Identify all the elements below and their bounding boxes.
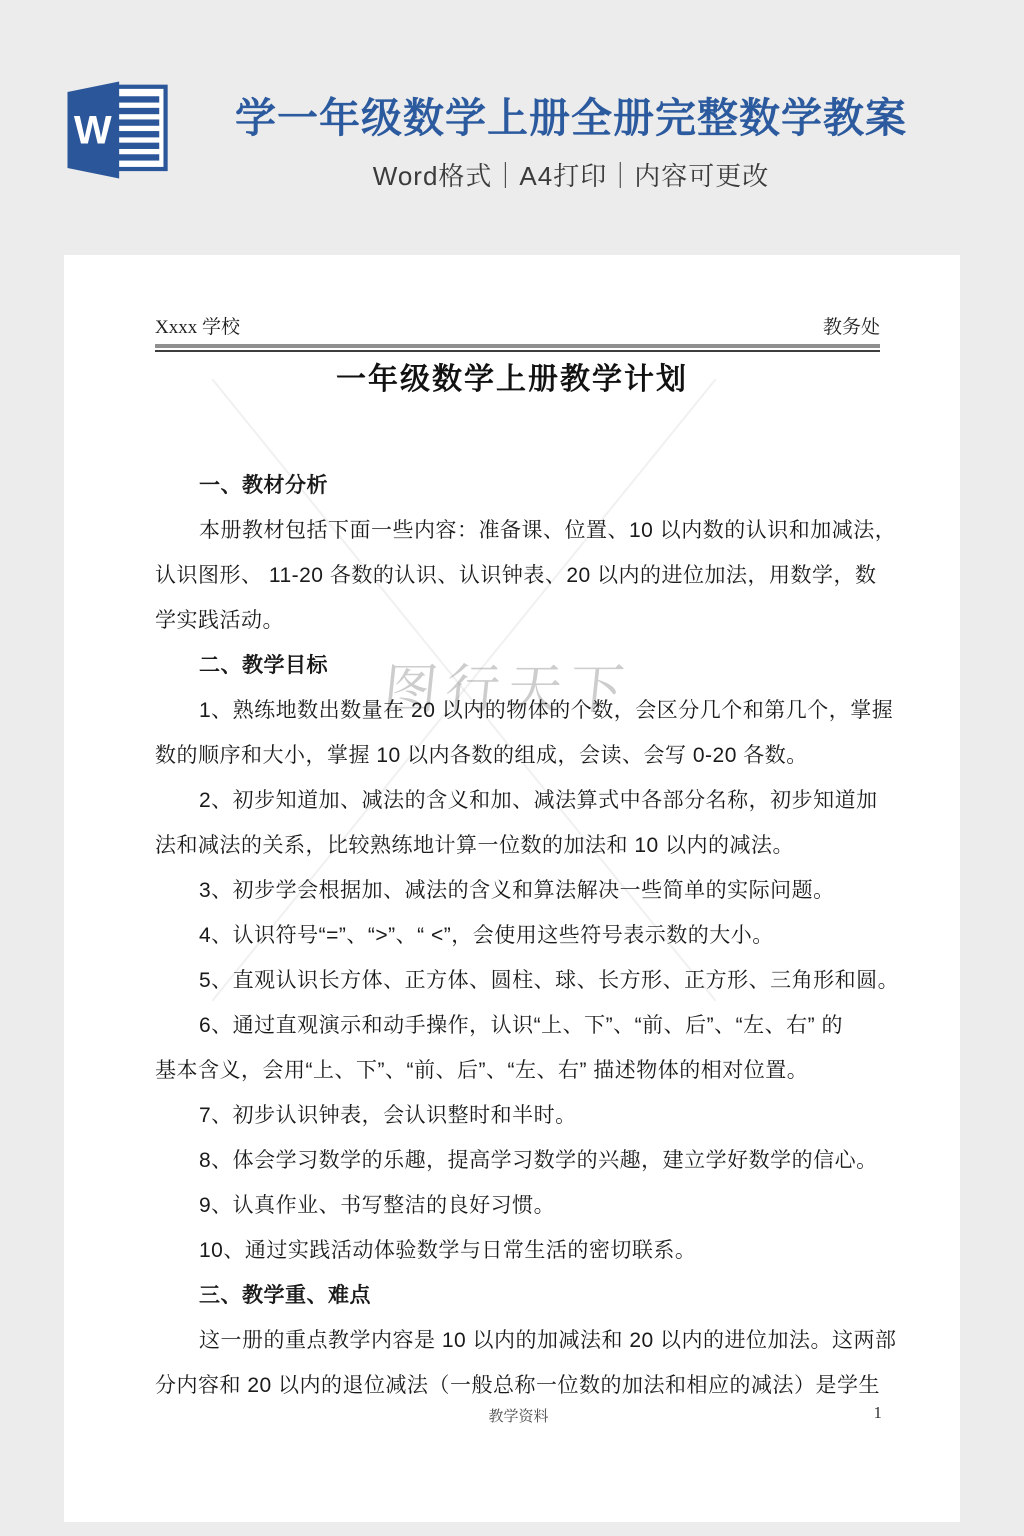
- header-school-label: Xxxx 学校: [155, 312, 240, 339]
- paragraph: 3、初步学会根据加、减法的含义和算法解决一些简单的实际问题。: [155, 868, 882, 913]
- text-line: 基本含义，会用“上、下”、“前、后”、“左、右” 描述物体的相对位置。: [155, 1048, 882, 1093]
- header-office-label: 教务处: [823, 312, 880, 339]
- paragraph: 这一册的重点教学内容是 10 以内的加减法和 20 以内的进位加法。这两部分内容…: [155, 1318, 882, 1408]
- footer-label: 教学资料: [155, 1405, 882, 1426]
- banner-subtitle: Word格式｜A4打印｜内容可更改: [174, 156, 968, 193]
- text-line: 本册教材包括下面一些内容：准备课、位置、10 以内数的认识和加减法，: [155, 508, 882, 553]
- document-page: 图行天下 Xxxx 学校 教务处 一年级数学上册教学计划 一、教材分析本册教材包…: [64, 255, 960, 1522]
- paragraph: 4、认识符号“=”、“>”、“ <”，会使用这些符号表示数的大小。: [155, 913, 882, 958]
- text-line: 一、教材分析: [155, 463, 882, 508]
- text-line: 7、初步认识钟表，会认识整时和半时。: [155, 1093, 882, 1138]
- text-line: 法和减法的关系，比较熟练地计算一位数的加法和 10 以内的减法。: [155, 823, 882, 868]
- text-line: 9、认真作业、书写整洁的良好习惯。: [155, 1183, 882, 1228]
- screenshot-root: W 学一年级数学上册全册完整数学教案 Word格式｜A4打印｜内容可更改 图行天…: [0, 0, 1024, 1536]
- page-number: 1: [874, 1403, 883, 1423]
- text-line: 3、初步学会根据加、减法的含义和算法解决一些简单的实际问题。: [155, 868, 882, 913]
- paragraph: 1、熟练地数出数量在 20 以内的物体的个数，会区分几个和第几个，掌握数的顺序和…: [155, 688, 882, 778]
- paragraph: 6、通过直观演示和动手操作，认识“上、下”、“前、后”、“左、右” 的基本含义，…: [155, 1003, 882, 1093]
- text-line: 8、体会学习数学的乐趣，提高学习数学的兴趣，建立学好数学的信心。: [155, 1138, 882, 1183]
- header-rule: [155, 344, 880, 352]
- text-line: 6、通过直观演示和动手操作，认识“上、下”、“前、后”、“左、右” 的: [155, 1003, 882, 1048]
- section-heading: 三、教学重、难点: [155, 1273, 882, 1318]
- paragraph: 10、通过实践活动体验数学与日常生活的密切联系。: [155, 1228, 882, 1273]
- text-line: 2、初步知道加、减法的含义和加、减法算式中各部分名称，初步知道加: [155, 778, 882, 823]
- section-heading: 一、教材分析: [155, 463, 882, 508]
- document-body: 一、教材分析本册教材包括下面一些内容：准备课、位置、10 以内数的认识和加减法，…: [155, 463, 882, 1408]
- word-icon-letter: W: [74, 109, 112, 153]
- paragraph: 2、初步知道加、减法的含义和加、减法算式中各部分名称，初步知道加法和减法的关系，…: [155, 778, 882, 868]
- text-line: 10、通过实践活动体验数学与日常生活的密切联系。: [155, 1228, 882, 1273]
- text-line: 1、熟练地数出数量在 20 以内的物体的个数，会区分几个和第几个，掌握: [155, 688, 882, 733]
- text-line: 这一册的重点教学内容是 10 以内的加减法和 20 以内的进位加法。这两部: [155, 1318, 882, 1363]
- text-line: 5、直观认识长方体、正方体、圆柱、球、长方形、正方形、三角形和圆。: [155, 958, 882, 1003]
- page-header: Xxxx 学校 教务处: [155, 313, 880, 352]
- text-line: 三、教学重、难点: [155, 1273, 882, 1318]
- paragraph: 9、认真作业、书写整洁的良好习惯。: [155, 1183, 882, 1228]
- paragraph: 7、初步认识钟表，会认识整时和半时。: [155, 1093, 882, 1138]
- paragraph: 8、体会学习数学的乐趣，提高学习数学的兴趣，建立学好数学的信心。: [155, 1138, 882, 1183]
- text-line: 数的顺序和大小，掌握 10 以内各数的组成，会读、会写 0-20 各数。: [155, 733, 882, 778]
- paragraph: 本册教材包括下面一些内容：准备课、位置、10 以内数的认识和加减法，认识图形、 …: [155, 508, 882, 643]
- banner-text: 学一年级数学上册全册完整数学教案 Word格式｜A4打印｜内容可更改: [174, 92, 968, 193]
- banner-title: 学一年级数学上册全册完整数学教案: [174, 92, 968, 144]
- text-line: 认识图形、 11-20 各数的认识、认识钟表、20 以内的进位加法，用数学，数: [155, 553, 882, 598]
- section-heading: 二、教学目标: [155, 643, 882, 688]
- paragraph: 5、直观认识长方体、正方体、圆柱、球、长方形、正方形、三角形和圆。: [155, 958, 882, 1003]
- page-footer: 教学资料 1: [155, 1401, 882, 1433]
- banner: W 学一年级数学上册全册完整数学教案 Word格式｜A4打印｜内容可更改: [0, 0, 1024, 255]
- doc-title: 一年级数学上册教学计划: [64, 354, 960, 398]
- text-line: 二、教学目标: [155, 643, 882, 688]
- text-line: 4、认识符号“=”、“>”、“ <”，会使用这些符号表示数的大小。: [155, 913, 882, 958]
- text-line: 学实践活动。: [155, 598, 882, 643]
- word-icon: W: [58, 76, 174, 184]
